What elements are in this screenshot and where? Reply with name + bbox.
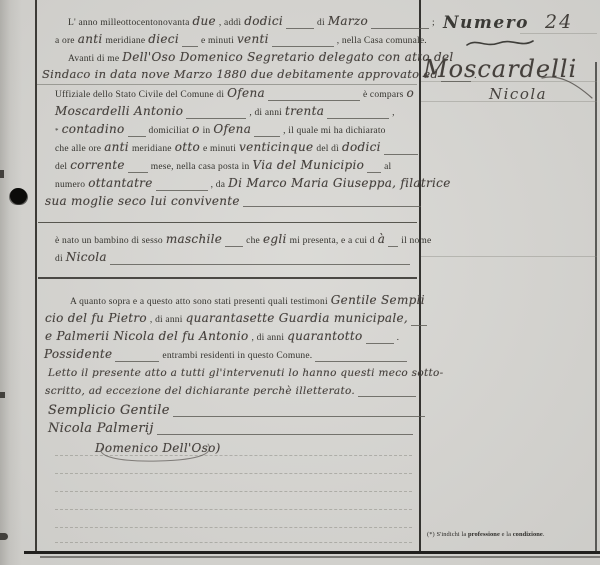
printed-text: , di anni	[249, 106, 282, 120]
handwritten-text: corrente	[70, 158, 125, 172]
handwritten-text: due	[192, 14, 215, 28]
blank-underline	[254, 126, 280, 137]
document-line: sua moglie seco lui convivente	[45, 194, 421, 208]
blank-underline	[371, 18, 429, 29]
printed-text: , di anni	[150, 313, 183, 327]
blank-underline	[327, 108, 389, 119]
printed-text: A quanto sopra e a questo atto sono stat…	[70, 295, 328, 309]
form-rule	[37, 84, 417, 85]
ruled-line	[421, 256, 597, 257]
handwritten-text: scritto, ad eccezione del dichiarante pe…	[45, 384, 355, 398]
handwritten-text: anti	[104, 140, 129, 154]
printed-text: il nome	[401, 234, 431, 248]
handwritten-text: o	[407, 86, 415, 100]
handwritten-text: e Palmerii Nicola del fu Antonio	[45, 329, 249, 343]
printed-text: mese, nella casa posta in	[151, 160, 250, 174]
handwritten-text: Di Marco Maria Giuseppa, filatrice	[228, 176, 450, 190]
handwritten-text: Dell'Oso Domenico Segretario delegato co…	[122, 50, 453, 64]
blank-underline	[384, 144, 418, 155]
blank-underline	[367, 162, 381, 173]
blank-underline	[366, 333, 394, 344]
handwritten-text: otto	[175, 140, 200, 154]
right-page-edge	[595, 62, 597, 552]
printed-text: ;	[432, 16, 435, 30]
handwritten-text: Nicola	[66, 250, 107, 264]
document-line: delcorrentemese, nella casa posta inVia …	[55, 158, 391, 174]
document-line: *contadinodomiciliatoinOfena, il quale m…	[55, 122, 386, 138]
footnote-text: .	[543, 531, 545, 538]
handwritten-text: quarantotto	[287, 329, 362, 343]
footnote: (*) S'indichi la professione e la condiz…	[427, 531, 593, 538]
document-line: è nato un bambino di sessomaschilecheegl…	[55, 232, 431, 248]
handwritten-text: dieci	[148, 32, 179, 46]
handwritten-text: Marzo	[328, 14, 368, 28]
printed-text: che	[246, 234, 260, 248]
printed-text: di	[317, 16, 325, 30]
handwritten-text: ottantatre	[88, 176, 152, 190]
document-line: numeroottantatre, daDi Marco Maria Giuse…	[55, 176, 451, 192]
printed-text: Uffiziale dello Stato Civile del Comune …	[55, 88, 224, 102]
handwritten-text: Letto il presente atto a tutti gl'interv…	[48, 366, 443, 380]
printed-text: a ore	[55, 34, 75, 48]
document-line: Nicola Palmerij	[48, 422, 413, 436]
scan-edge-mark	[0, 392, 5, 398]
document-line: scritto, ad eccezione del dichiarante pe…	[45, 384, 416, 398]
handwritten-text: o	[192, 122, 200, 136]
document-line: L' anno milleottocentonovantadue, addìdo…	[68, 14, 435, 30]
bottom-border-line	[24, 551, 600, 554]
document-line: Possidenteentrambi residenti in questo C…	[44, 347, 407, 363]
margin-given-name: Nicola	[489, 85, 547, 103]
blank-underline	[315, 351, 407, 362]
blank-underline	[182, 36, 198, 47]
handwritten-text: Sindaco in data nove Marzo 1880 due debi…	[42, 67, 438, 81]
printed-text: di	[55, 252, 63, 266]
printed-text: domiciliat	[149, 124, 190, 138]
bottom-border-shadow	[40, 556, 600, 558]
printed-text: , il quale mi ha dichiarato	[283, 124, 385, 138]
printed-text: entrambi residenti in questo Comune.	[162, 349, 312, 363]
document-line: Letto il presente atto a tutti gl'interv…	[48, 366, 443, 380]
ruled-line	[520, 33, 597, 34]
blank-underline	[388, 236, 398, 247]
ruled-line	[55, 527, 412, 528]
document-line: diNicola	[55, 250, 410, 266]
document-line: Avanti di meDell'Oso Domenico Segretario…	[68, 50, 453, 66]
blank-underline	[157, 424, 413, 435]
numero-label: Numero	[443, 13, 529, 33]
handwritten-text: anti	[78, 32, 103, 46]
act-number-row: Numero 24	[443, 11, 573, 33]
handwritten-text: Ofena	[213, 122, 251, 136]
printed-text: , da	[211, 178, 226, 192]
printed-text: meridiane	[105, 34, 145, 48]
scan-edge-mark	[0, 170, 4, 178]
footnote-text: e la	[500, 531, 513, 538]
blank-underline	[128, 126, 146, 137]
scanned-document-page: Numero 24 Moscardelli Nicola L' anno mil…	[0, 0, 600, 565]
handwritten-text: venti	[237, 32, 269, 46]
document-line: cio del fu Pietro, di anniquarantasette …	[45, 311, 427, 327]
blank-underline	[441, 71, 471, 82]
blank-underline	[115, 351, 159, 362]
blank-underline	[156, 180, 208, 191]
printed-text: è compars	[363, 88, 404, 102]
scan-edge-mark	[0, 533, 8, 540]
handwritten-text: quarantasette Guardia municipale,	[186, 311, 408, 325]
numero-value: 24	[545, 11, 573, 33]
section-separator	[38, 277, 417, 279]
handwritten-text: maschile	[166, 232, 222, 246]
handwritten-text: Via del Municipio	[252, 158, 364, 172]
printed-text: del dì	[316, 142, 339, 156]
footnote-text: S'indichi la	[436, 531, 468, 538]
printed-text: , nella Casa comunale.	[337, 34, 427, 48]
left-margin-rule	[35, 0, 37, 553]
handwritten-text: Gentile Sempli	[331, 293, 425, 307]
printed-text: e minuti	[201, 34, 234, 48]
handwritten-text: contadino	[62, 122, 125, 136]
handwritten-text: trenta	[285, 104, 324, 118]
printed-text: mi presenta, e a cui d	[290, 234, 375, 248]
printed-text: meridiane	[132, 142, 172, 156]
printed-text: del	[55, 160, 67, 174]
blank-underline	[128, 162, 148, 173]
flourish-ornament-icon	[465, 36, 535, 50]
printed-text: .	[397, 331, 400, 345]
handwritten-text: dodici	[342, 140, 381, 154]
blank-underline	[243, 196, 421, 207]
handwritten-text: dodici	[244, 14, 283, 28]
ruled-line	[55, 509, 412, 510]
ruled-line	[55, 473, 412, 474]
footnote-bold: condizione	[513, 531, 543, 538]
handwritten-text: venticinque	[239, 140, 313, 154]
paraph-flourish-icon	[88, 438, 218, 464]
handwritten-text: Nicola Palmerij	[48, 422, 154, 436]
handwritten-text: sua moglie seco lui convivente	[45, 194, 240, 208]
printed-text: che alle ore	[55, 142, 101, 156]
blank-underline	[272, 36, 334, 47]
printed-text: al	[384, 160, 391, 174]
document-line: che alle oreantimeridianeottoe minutiven…	[55, 140, 418, 156]
blank-underline	[173, 406, 425, 417]
printed-text: Avanti di me	[68, 52, 119, 66]
handwritten-text: Ofena	[227, 86, 265, 100]
printed-text: ,	[392, 106, 395, 120]
printed-text: numero	[55, 178, 85, 192]
section-separator	[38, 222, 417, 223]
handwritten-text: cio del fu Pietro	[45, 311, 147, 325]
signature-flourish-icon	[540, 72, 596, 104]
blank-underline	[411, 315, 427, 326]
handwritten-text: Possidente	[44, 347, 112, 361]
printed-text: e minuti	[203, 142, 236, 156]
blank-underline	[286, 18, 314, 29]
document-line: Uffiziale dello Stato Civile del Comune …	[55, 86, 414, 102]
document-line: Moscardelli Antonio, di annitrenta,	[55, 104, 395, 120]
printed-text: L' anno milleottocentonovanta	[68, 16, 189, 30]
handwritten-text: Moscardelli Antonio	[55, 104, 183, 118]
printed-text: .	[474, 69, 477, 83]
document-line: A quanto sopra e a questo atto sono stat…	[70, 293, 425, 309]
blank-underline	[268, 90, 360, 101]
printed-text: in	[203, 124, 211, 138]
footnote-bold: professione	[468, 531, 500, 538]
blank-underline	[110, 254, 410, 265]
handwritten-text: à	[378, 232, 385, 246]
blank-underline	[358, 386, 416, 397]
ruled-line	[55, 542, 412, 543]
blank-underline	[186, 108, 246, 119]
document-line: a oreantimeridianediecie minutiventi, ne…	[55, 32, 427, 48]
blank-underline	[225, 236, 243, 247]
printed-text: *	[55, 124, 59, 138]
printed-text: è nato un bambino di sesso	[55, 234, 163, 248]
ruled-line	[55, 491, 412, 492]
printed-text: , addì	[219, 16, 241, 30]
hole-punch-mark	[10, 188, 27, 204]
document-line: Semplicio Gentile	[48, 404, 425, 418]
handwritten-text: egli	[263, 232, 287, 246]
handwritten-text: Semplicio Gentile	[48, 404, 170, 418]
document-line: Sindaco in data nove Marzo 1880 due debi…	[42, 67, 477, 83]
document-line: e Palmerii Nicola del fu Antonio, di ann…	[45, 329, 399, 345]
printed-text: , di anni	[252, 331, 285, 345]
